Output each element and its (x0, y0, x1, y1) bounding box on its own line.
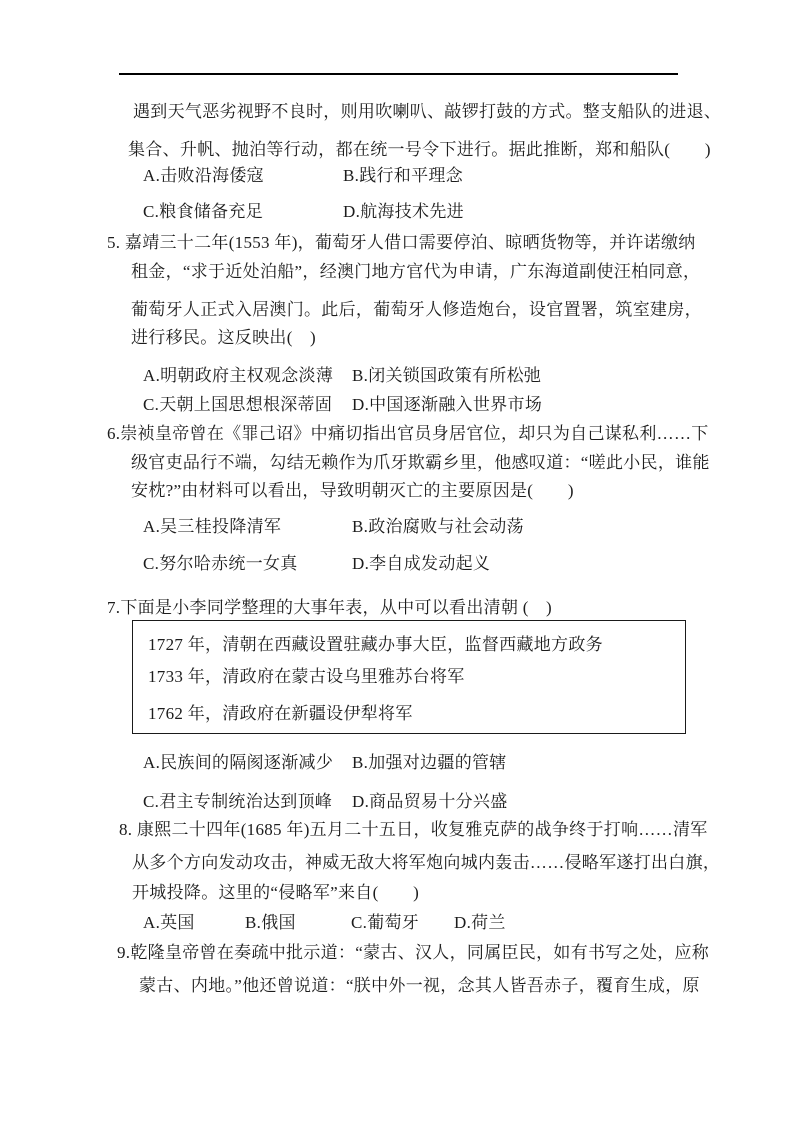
option-c: C.努尔哈赤统一女真 (143, 554, 352, 574)
exam-page: 遇到天气恶劣视野不良时，则用吹喇叭、敲锣打鼓的方式。整支船队的进退、 集合、升帆… (0, 0, 793, 1122)
option-a: A.民族间的隔阂逐渐减少 (143, 753, 352, 773)
option-c: C.粮食储备充足 (143, 202, 343, 222)
question-text-line: 蒙古、内地。”他还曾说道：“朕中外一视，念其人皆吾赤子，覆育生成，原 (139, 976, 700, 996)
question-text-line: 级官吏品行不端，勾结无赖作为爪牙欺霸乡里，他感叹道：“嗟此小民，谁能 (131, 453, 710, 473)
option-a: A.吴三桂投降清军 (143, 517, 352, 537)
question-text-line: 9.乾隆皇帝曾在奏疏中批示道：“蒙古、汉人，同属臣民，如有书写之处，应称 (117, 943, 709, 963)
option-d: D.航海技术先进 (343, 202, 464, 222)
option-row: A.吴三桂投降清军 B.政治腐败与社会动荡 (143, 517, 524, 537)
timeline-box: 1727 年，清朝在西藏设置驻藏办事大臣，监督西藏地方政务 1733 年，清政府… (132, 620, 686, 734)
question-text-line: 安枕?”由材料可以看出，导致明朝灭亡的主要原因是( ) (131, 481, 574, 501)
option-a: A.明朝政府主权观念淡薄 (143, 366, 352, 386)
question-text-line: 遇到天气恶劣视野不良时，则用吹喇叭、敲锣打鼓的方式。整支船队的进退、 (133, 102, 721, 122)
option-c: C.葡萄牙 (351, 913, 454, 933)
option-row: C.粮食储备充足 D.航海技术先进 (143, 202, 464, 222)
question-text-line: 租金，“求于近处泊船”，经澳门地方官代为申请，广东海道副使汪柏同意， (131, 262, 700, 282)
question-text-line: 开城投降。这里的“侵略军”来自( ) (132, 883, 419, 903)
option-b: B.闭关锁国政策有所松弛 (352, 366, 541, 386)
option-b: B.俄国 (245, 913, 351, 933)
option-d: D.商品贸易十分兴盛 (352, 792, 508, 812)
header-rule (119, 73, 678, 75)
option-d: D.荷兰 (454, 913, 506, 933)
timeline-entry: 1733 年，清政府在蒙古设乌里雅苏台将军 (148, 667, 465, 687)
option-a: A.英国 (143, 913, 245, 933)
timeline-entry: 1762 年，清政府在新疆设伊犁将军 (148, 704, 413, 724)
option-b: B.加强对边疆的管辖 (352, 753, 507, 773)
question-text-line: 进行移民。这反映出( ) (131, 328, 316, 348)
question-text-line: 6.崇祯皇帝曾在《罪己诏》中痛切指出官员身居官位，却只为自己谋私利……下 (107, 424, 709, 444)
option-row: C.君主专制统治达到顶峰 D.商品贸易十分兴盛 (143, 792, 508, 812)
option-row: A.明朝政府主权观念淡薄 B.闭关锁国政策有所松弛 (143, 366, 541, 386)
option-c: C.天朝上国思想根深蒂固 (143, 395, 352, 415)
option-row: A.击败沿海倭寇 B.践行和平理念 (143, 166, 463, 186)
option-d: D.中国逐渐融入世界市场 (352, 395, 542, 415)
question-text-line: 集合、升帆、抛泊等行动，都在统一号令下进行。据此推断，郑和船队( ) (128, 140, 711, 160)
question-text-line: 8. 康熙二十四年(1685 年)五月二十五日，收复雅克萨的战争终于打响……清军 (119, 820, 708, 840)
question-text-line: 5. 嘉靖三十二年(1553 年)，葡萄牙人借口需要停泊、晾晒货物等，并许诺缴纳 (107, 233, 696, 253)
option-b: B.政治腐败与社会动荡 (352, 517, 524, 537)
option-row: A.英国 B.俄国 C.葡萄牙 D.荷兰 (143, 913, 506, 933)
question-text-line: 7.下面是小李同学整理的大事年表，从中可以看出清朝 ( ) (107, 598, 552, 618)
timeline-entry: 1727 年，清朝在西藏设置驻藏办事大臣，监督西藏地方政务 (148, 635, 603, 655)
option-c: C.君主专制统治达到顶峰 (143, 792, 352, 812)
option-row: C.努尔哈赤统一女真 D.李自成发动起义 (143, 554, 490, 574)
option-row: A.民族间的隔阂逐渐减少 B.加强对边疆的管辖 (143, 753, 507, 773)
option-row: C.天朝上国思想根深蒂固 D.中国逐渐融入世界市场 (143, 395, 542, 415)
option-b: B.践行和平理念 (343, 166, 463, 186)
question-text-line: 葡萄牙人正式入居澳门。此后，葡萄牙人修造炮台，设官置署，筑室建房， (131, 300, 702, 320)
option-a: A.击败沿海倭寇 (143, 166, 343, 186)
question-text-line: 从多个方向发动攻击，神威无敌大将军炮向城内轰击……侵略军遂打出白旗， (132, 853, 720, 873)
option-d: D.李自成发动起义 (352, 554, 490, 574)
